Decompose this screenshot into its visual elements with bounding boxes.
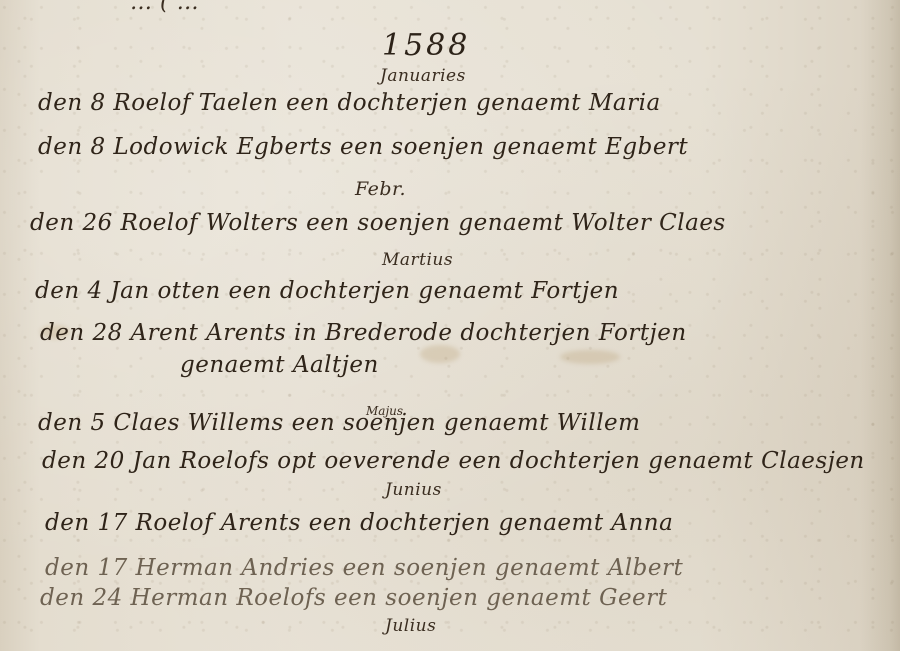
register-entry: den 17 Roelof Arents een dochterjen gena… (45, 510, 673, 536)
year-heading: 1588 (382, 28, 470, 63)
ink-stain (560, 350, 620, 364)
register-entry: den 8 Roelof Taelen een dochterjen genae… (38, 90, 661, 116)
month-heading-junius: Junius (385, 480, 442, 500)
top-fragment: … ( … (130, 0, 199, 15)
month-heading-febr: Febr. (355, 178, 406, 200)
ink-stain (420, 345, 460, 363)
register-entry: den 17 Herman Andries een soenjen genaem… (45, 555, 683, 581)
register-entry: den 28 Arent Arents in Brederode dochter… (40, 320, 687, 346)
month-heading-martius: Martius (382, 250, 453, 270)
register-entry: den 26 Roelof Wolters een soenjen genaem… (30, 210, 726, 236)
register-entry: den 5 Claes Willems een soenjen genaemt … (38, 410, 640, 436)
register-entry: den 4 Jan otten een dochterjen genaemt F… (35, 278, 619, 304)
register-entry-continued: genaemt Aaltjen (180, 352, 379, 378)
register-entry: den 20 Jan Roelofs opt oeverende een doc… (42, 448, 865, 474)
register-entry: den 8 Lodowick Egberts een soenjen genae… (38, 134, 688, 160)
month-heading-julius: Julius (385, 616, 436, 636)
register-entry: den 24 Herman Roelofs een soenjen genaem… (40, 585, 667, 611)
month-heading-januaries: Januaries (380, 66, 466, 86)
manuscript-page: … ( … 1588 Januaries den 8 Roelof Taelen… (0, 0, 900, 651)
